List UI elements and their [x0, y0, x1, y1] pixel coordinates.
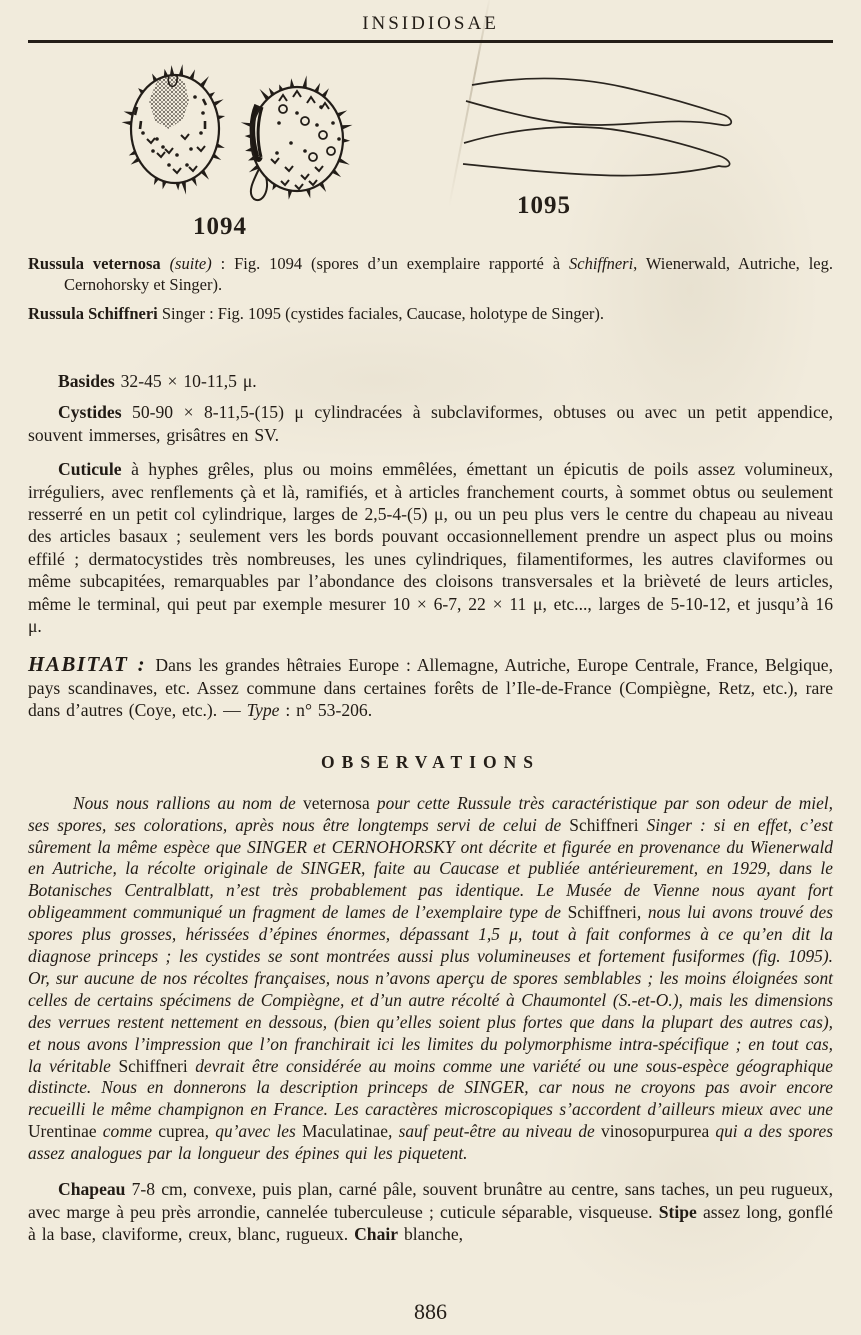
- text-segment: Chair: [354, 1224, 398, 1244]
- figure-1095: 1095: [453, 71, 753, 220]
- text-segment: Schiffneri: [569, 254, 633, 273]
- paragraph-habitat: HABITAT : Dans les grandes hêtraies Euro…: [28, 653, 833, 721]
- figure-captions: Russula veternosa (suite) : Fig. 1094 (s…: [28, 253, 833, 324]
- text-segment: Russula veternosa: [28, 254, 170, 273]
- text-segment: , qu’avec les: [205, 1121, 302, 1141]
- text-segment: Urentinae: [28, 1121, 97, 1141]
- text-segment: 50-90 × 8-11,5-(15) μ cylindracées à sub…: [28, 402, 833, 444]
- spore-detail: [167, 163, 171, 167]
- spore-detail: [343, 138, 350, 142]
- book-page: INSIDIOSAE: [0, 0, 861, 1335]
- text-segment: (suite): [170, 254, 212, 273]
- spore-detail: [309, 180, 317, 185]
- spore-detail: [285, 166, 293, 171]
- spore-detail: [124, 111, 134, 116]
- spore-detail: [290, 78, 294, 87]
- page-number: 886: [0, 1299, 861, 1325]
- spore-detail: [281, 180, 289, 185]
- text-segment: Russula Schiffneri: [28, 304, 158, 323]
- spore-detail: [164, 69, 168, 77]
- figures-row: 1094 1095: [28, 63, 833, 239]
- spore-detail: [185, 163, 189, 167]
- spore-detail: [337, 137, 341, 141]
- spore-detail: [175, 153, 179, 157]
- spore-detail: [218, 115, 226, 119]
- text-segment: Chapeau: [58, 1179, 125, 1199]
- spore-detail: [302, 75, 306, 88]
- spore-detail: [245, 147, 252, 151]
- spore-detail: [260, 89, 270, 100]
- spore-detail: [327, 147, 335, 155]
- spore-detail: [213, 99, 224, 106]
- text-segment: Stipe: [659, 1202, 697, 1222]
- spore-detail: [251, 87, 343, 191]
- spore-detail: [157, 152, 165, 157]
- spore-detail: [315, 123, 319, 127]
- spore-detail: [151, 149, 155, 153]
- spore-detail: [193, 95, 197, 99]
- text-segment: Nous nous rallions au nom de: [73, 793, 303, 813]
- spore-detail: [189, 69, 195, 79]
- spore-detail: [271, 158, 279, 163]
- spore-detail: [321, 103, 329, 109]
- spore-detail: [314, 83, 320, 93]
- spore-detail: [170, 65, 174, 75]
- text-segment: comme: [97, 1121, 159, 1141]
- text-segment: Schiffneri: [568, 902, 637, 922]
- spores-drawing: [107, 63, 359, 213]
- text-segment: , sauf peut-être au niveau de: [388, 1121, 601, 1141]
- cystidium-lower-outline: [463, 127, 730, 176]
- spore-detail: [173, 168, 181, 173]
- spore-detail: [216, 143, 225, 148]
- spore-detail: [306, 189, 310, 198]
- figure-1094: 1094: [103, 63, 363, 241]
- text-segment: Cystides: [58, 402, 122, 422]
- cystidium-upper-outline: [466, 78, 731, 125]
- text-segment: , nous lui avons trouvé des spores plus …: [28, 902, 833, 1075]
- text-segment: Schiffneri: [569, 815, 638, 835]
- spore-detail: [165, 148, 173, 153]
- spore-detail: [295, 184, 303, 189]
- spore-detail: [189, 147, 193, 151]
- spore-detail: [293, 91, 301, 97]
- spore-detail: [279, 95, 287, 101]
- spore-detail: [289, 141, 293, 145]
- text-segment: veternosa: [303, 793, 370, 813]
- spore-detail: [303, 149, 307, 153]
- text-segment: vinosopurpurea: [601, 1121, 709, 1141]
- header-rule: [28, 40, 833, 43]
- figure-1095-label: 1095: [394, 192, 694, 220]
- text-segment: HABITAT :: [28, 652, 155, 676]
- spore-detail: [275, 151, 279, 155]
- spore-detail: [331, 121, 335, 125]
- text-segment: : Fig. 1094 (spores d’un exemplaire rapp…: [212, 254, 569, 273]
- spore-detail: [315, 166, 323, 171]
- spore-detail: [279, 105, 287, 113]
- spore-detail: [288, 190, 292, 200]
- paragraph-basides: Basides 32-45 × 10-11,5 μ.: [28, 370, 833, 392]
- text-segment: 32-45 × 10-11,5 μ.: [115, 371, 257, 391]
- text-segment: Basides: [58, 371, 115, 391]
- paragraph-observations: Nous nous rallions au nom de veternosa p…: [28, 793, 833, 1165]
- spore-detail: [307, 97, 315, 103]
- spore-detail: [189, 166, 197, 171]
- spore-detail: [301, 117, 309, 125]
- spore-detail: [140, 121, 141, 129]
- text-segment: blanche,: [398, 1224, 463, 1244]
- spore-detail: [295, 111, 299, 115]
- cystidia-drawing: [458, 71, 748, 186]
- text-segment: Schiffneri: [118, 1056, 187, 1076]
- spore-detail: [337, 110, 347, 117]
- paragraph-cystides: Cystides 50-90 × 8-11,5-(15) μ cylindrac…: [28, 401, 833, 446]
- spore-detail: [155, 137, 159, 141]
- spore-detail: [341, 125, 352, 130]
- spore-detail: [201, 111, 205, 115]
- caption-fig-1094: Russula veternosa (suite) : Fig. 1094 (s…: [28, 253, 833, 295]
- text-segment: Type: [247, 700, 280, 720]
- spore-detail: [181, 182, 186, 195]
- spore-detail: [179, 64, 183, 76]
- spore-detail: [176, 183, 180, 191]
- text-segment: cuprea: [158, 1121, 204, 1141]
- spore-detail: [301, 174, 309, 179]
- spore-detail: [338, 158, 350, 165]
- spore-detail: [277, 121, 281, 125]
- spore-detail: [162, 181, 166, 189]
- text-segment: à hyphes grêles, plus ou moins emmêlées,…: [28, 459, 833, 636]
- spore-detail: [199, 131, 203, 135]
- caption-fig-1095: Russula Schiffneri Singer : Fig. 1095 (c…: [28, 303, 833, 324]
- spore-detail: [147, 138, 155, 143]
- spore-detail: [122, 121, 132, 125]
- figure-1094-label: 1094: [90, 213, 350, 241]
- text-segment: Singer : Fig. 1095 (cystides faciales, C…: [158, 304, 604, 323]
- text-segment: Cuticule: [58, 459, 122, 479]
- spore-detail: [161, 145, 165, 149]
- spore-detail: [319, 131, 327, 139]
- spore-detail: [309, 153, 317, 161]
- spore-dark-band: [258, 107, 262, 157]
- paragraph-chapeau: Chapeau 7-8 cm, convexe, puis plan, carn…: [28, 1178, 833, 1245]
- spore-detail: [203, 99, 206, 105]
- spore-detail: [141, 131, 145, 135]
- paragraph-cuticule: Cuticule à hyphes grêles, plus ou moins …: [28, 458, 833, 637]
- spore-detail: [245, 134, 251, 138]
- spore-detail: [200, 76, 209, 87]
- spore-detail: [181, 134, 189, 139]
- observations-heading: OBSERVATIONS: [28, 752, 833, 773]
- text-segment: Maculatinae: [302, 1121, 388, 1141]
- text-segment: : n° 53-206.: [279, 700, 372, 720]
- running-head: INSIDIOSAE: [28, 0, 833, 35]
- spore-apiculus-beak: [251, 169, 267, 200]
- spore-detail: [197, 146, 205, 151]
